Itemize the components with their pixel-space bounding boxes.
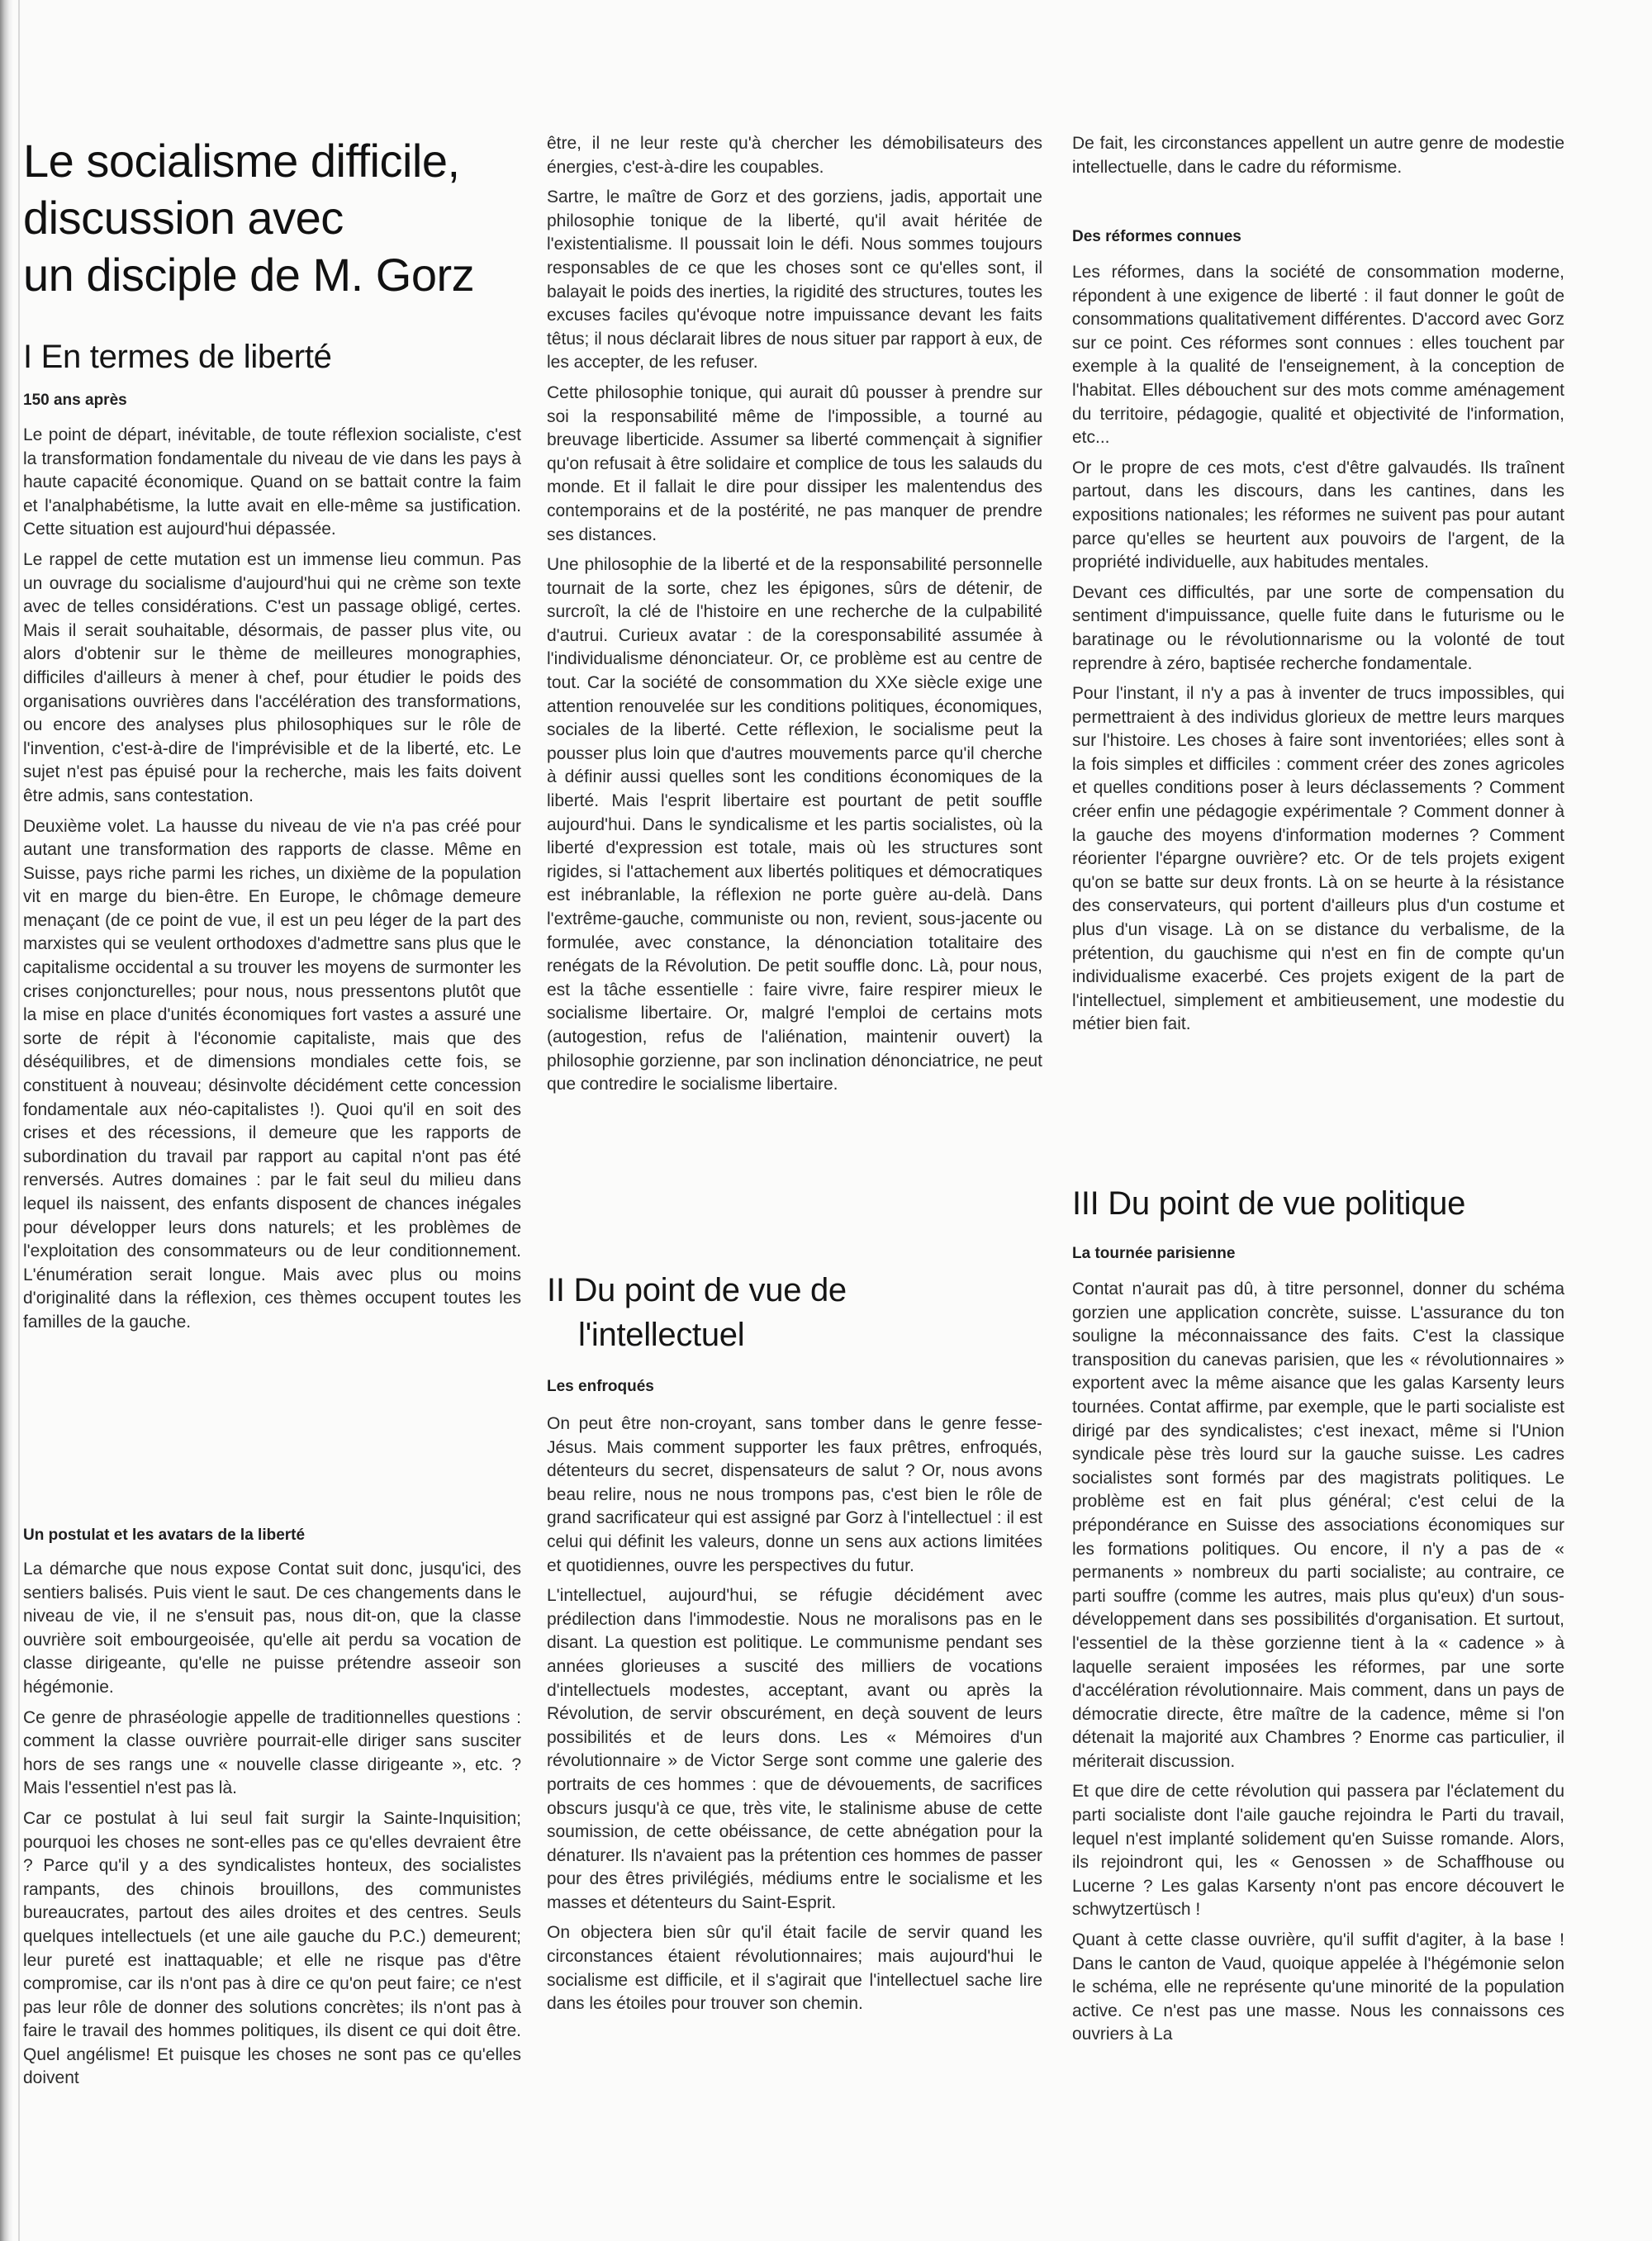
- page-binding-edge: [0, 0, 13, 2241]
- part-2-heading-line-1: II Du point de vue de: [547, 1272, 847, 1308]
- paragraph: Ce genre de phraséologie appelle de trad…: [23, 1707, 521, 1801]
- part-2-section-2-body: Les réformes, dans la société de consomm…: [1072, 261, 1564, 1043]
- paragraph: Quant à cette classe ouvrière, qu'il suf…: [1072, 1929, 1564, 2047]
- paragraph: Devant ces difficultés, par une sorte de…: [1072, 582, 1564, 676]
- part-2-heading: II Du point de vue de l'intellectuel: [547, 1268, 1042, 1357]
- paragraph: Or le propre de ces mots, c'est d'être g…: [1072, 457, 1564, 575]
- subheading-des-reformes-connues: Des réformes connues: [1072, 228, 1241, 246]
- paragraph: Et que dire de cette révolution qui pass…: [1072, 1780, 1564, 1922]
- part-2-section-1-body: On peut être non-croyant, sans tomber da…: [547, 1412, 1042, 2023]
- paragraph: Car ce postulat à lui seul fait surgir l…: [23, 1807, 521, 2091]
- paragraph: On objectera bien sûr qu'il était facile…: [547, 1921, 1042, 2015]
- paragraph: Les réformes, dans la société de consomm…: [1072, 261, 1564, 450]
- subheading-un-postulat: Un postulat et les avatars de la liberté: [23, 1526, 305, 1545]
- part-1-heading: I En termes de liberté: [23, 335, 332, 379]
- paragraph: Cette philosophie tonique, qui aurait dû…: [547, 382, 1042, 547]
- part-1-section-2-body: La démarche que nous expose Contat suit …: [23, 1558, 521, 2097]
- subheading-150-ans-apres: 150 ans après: [23, 392, 127, 410]
- title-line-3: un disciple de M. Gorz: [23, 246, 535, 303]
- part-2-heading-line-2: l'intellectuel: [547, 1313, 1042, 1357]
- paragraph: On peut être non-croyant, sans tomber da…: [547, 1412, 1042, 1578]
- part-3-heading: III Du point de vue politique: [1072, 1181, 1465, 1226]
- paragraph: Le rappel de cette mutation est un immen…: [23, 548, 521, 809]
- paragraph: L'intellectuel, aujourd'hui, se réfugie …: [547, 1584, 1042, 1915]
- part-3-section-1-body: Contat n'aurait pas dû, à titre personne…: [1072, 1278, 1564, 2053]
- paragraph: La démarche que nous expose Contat suit …: [23, 1558, 521, 1700]
- paragraph: De fait, les circonstances appellent un …: [1072, 132, 1564, 179]
- paragraph: Sartre, le maître de Gorz et des gorzien…: [547, 186, 1042, 375]
- binding-fold-line: [18, 0, 20, 2241]
- part-1-continuation-body: être, il ne leur reste qu'à chercher les…: [547, 132, 1042, 1104]
- article-title: Le socialisme difficile, discussion avec…: [23, 132, 535, 303]
- title-line-2: discussion avec: [23, 189, 535, 246]
- paragraph: être, il ne leur reste qu'à chercher les…: [547, 132, 1042, 179]
- title-line-1: Le socialisme difficile,: [23, 132, 535, 189]
- subheading-les-enfroques: Les enfroqués: [547, 1378, 654, 1396]
- part-2-continuation-body: De fait, les circonstances appellent un …: [1072, 132, 1564, 186]
- subheading-la-tournee-parisienne: La tournée parisienne: [1072, 1245, 1235, 1263]
- paragraph: Contat n'aurait pas dû, à titre personne…: [1072, 1278, 1564, 1773]
- part-1-section-1-body: Le point de départ, inévitable, de toute…: [23, 424, 521, 1341]
- paragraph: Pour l'instant, il n'y a pas à inventer …: [1072, 682, 1564, 1037]
- paragraph: Deuxième volet. La hausse du niveau de v…: [23, 815, 521, 1335]
- paragraph: Une philosophie de la liberté et de la r…: [547, 553, 1042, 1097]
- paragraph: Le point de départ, inévitable, de toute…: [23, 424, 521, 542]
